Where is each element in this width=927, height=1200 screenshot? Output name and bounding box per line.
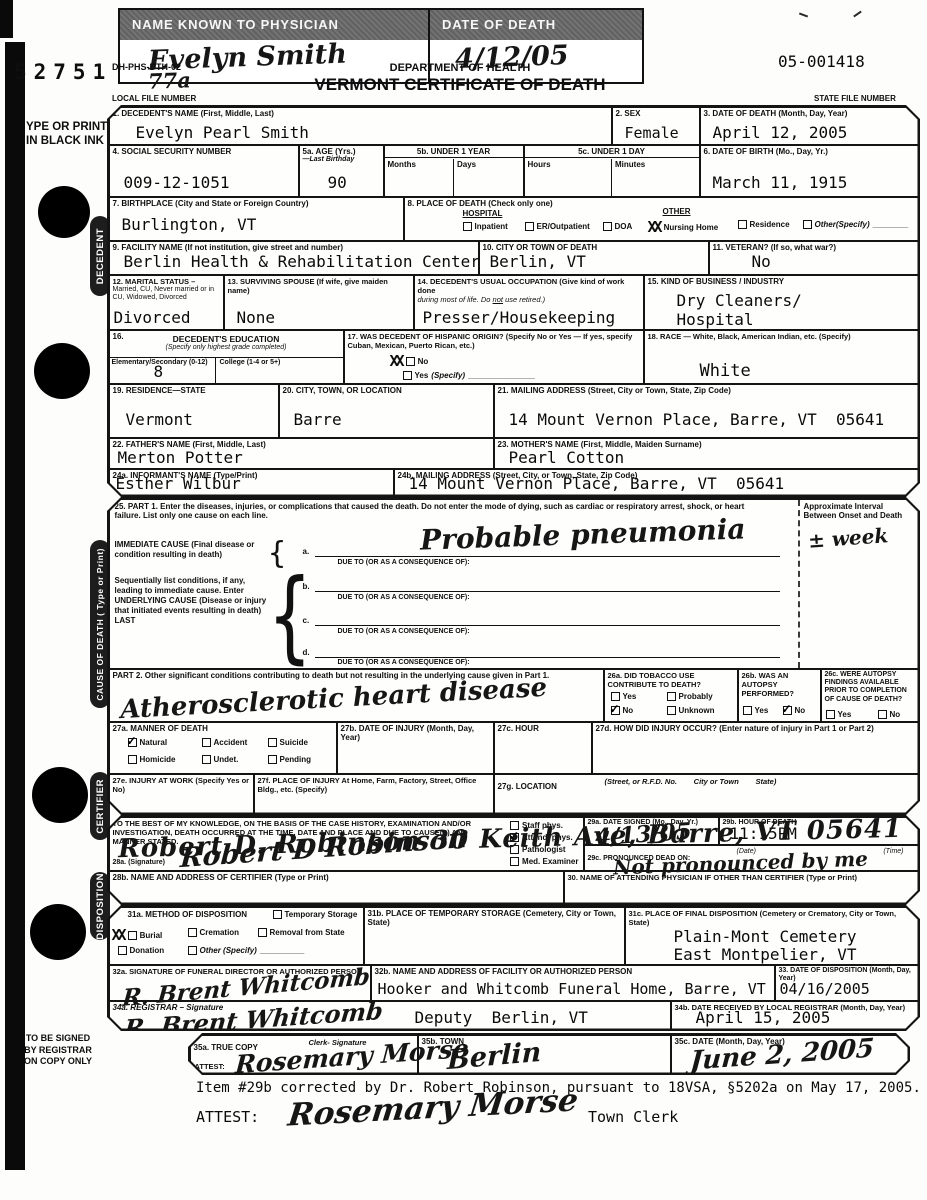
xx-mark: XX <box>648 220 660 235</box>
to-be-signed-note: TO BE SIGNED BY REGISTRAR ON COPY ONLY <box>14 1033 102 1068</box>
registrar-title-value: Deputy Berlin, VT <box>415 1008 588 1027</box>
department-name: DEPARTMENT OF HEALTH <box>255 62 665 74</box>
surviving-spouse-value: None <box>237 308 276 327</box>
field-city-of-death: 10. CITY OR TOWN OF DEATH Berlin, VT <box>478 242 708 274</box>
checkbox-checked-icon <box>611 706 620 715</box>
state-file-number-label: STATE FILE NUMBER <box>814 94 896 104</box>
checkbox-icon <box>878 710 887 719</box>
field-autopsy-findings: 26c. WERE AUTOPSY FINDINGS AVAILABLE PRI… <box>820 670 918 721</box>
field-surviving-spouse: 13. SURVIVING SPOUSE (If wife, give maid… <box>223 276 413 329</box>
field-business-industry: 15. KIND OF BUSINESS / INDUSTRY Dry Clea… <box>643 276 918 329</box>
field-certifier-name-address: 28b. NAME AND ADDRESS OF CERTIFIER (Type… <box>110 872 563 903</box>
checkbox-icon <box>525 222 534 231</box>
pen-mark <box>853 11 862 18</box>
informant-address-value: 14 Mount Vernon Place, Barre, VT 05641 <box>409 474 785 493</box>
checkbox-er-outpatient: ER/Outpatient <box>525 222 590 231</box>
batch-number: 52751 <box>14 60 112 84</box>
field-place-of-injury: 27f. PLACE OF INJURY At Home, Farm, Fact… <box>253 775 493 813</box>
field-injury-at-work: 27e. INJURY AT WORK (Specify Yes or No) <box>110 775 253 813</box>
field-sex: 2. SEX Female <box>611 108 699 144</box>
section-certifier: TO THE BEST OF MY KNOWLEDGE, ON THE BASI… <box>107 815 920 905</box>
checkbox-icon <box>128 931 137 940</box>
other-group-label: OTHER <box>663 207 691 216</box>
checkbox-icon <box>202 738 211 747</box>
field-autopsy-performed: 26b. WAS AN AUTOPSY PERFORMED? Yes No <box>737 670 820 721</box>
checkbox-tobacco-probably: Probably <box>667 692 713 701</box>
birthplace-value: Burlington, VT <box>122 215 257 234</box>
field-facility-name: 9. FACILITY NAME (If not institution, gi… <box>110 242 478 274</box>
part1-block: 25. PART 1. Enter the diseases, injuries… <box>110 500 918 668</box>
checkbox-donation: Donation <box>118 946 165 955</box>
date-of-death-value: April 12, 2005 <box>713 123 848 142</box>
checkbox-checked-icon <box>783 706 792 715</box>
cause-line-a <box>315 556 780 557</box>
line-b-prefix: b. <box>303 582 310 592</box>
facility-name-value: Berlin Health & Rehabilitation Center <box>124 252 480 271</box>
date-of-disposition-value: 04/16/2005 <box>780 980 870 998</box>
immediate-cause-label: IMMEDIATE CAUSE (Final disease or condit… <box>115 540 267 560</box>
field-under-1-day: 5c. UNDER 1 DAY Hours Minutes <box>523 146 699 196</box>
field-mother-name: 23. MOTHER'S NAME (First, Middle, Maiden… <box>493 439 918 468</box>
field-marital-status: 12. MARITAL STATUS – Married, CU, Never … <box>110 276 223 329</box>
checkbox-doa: DOA <box>603 222 633 231</box>
section-decedent: 1. DECEDENT'S NAME (First, Middle, Last)… <box>107 105 920 497</box>
checkbox-findings-no: No <box>878 710 901 719</box>
facility-address-value: Hooker and Whitcomb Funeral Home, Barre,… <box>378 980 766 998</box>
checkbox-nursing-home: XXNursing Home <box>648 220 719 235</box>
final-disposition-line1: Plain-Mont Cemetery <box>674 927 857 946</box>
hole-punch <box>32 767 88 823</box>
footer-attest-title: Town Clerk <box>588 1108 678 1126</box>
pen-mark <box>799 13 808 18</box>
field-final-disposition-place: 31c. PLACE OF FINAL DISPOSITION (Cemeter… <box>624 908 918 964</box>
checkbox-icon <box>463 222 472 231</box>
field-tobacco-use: 26a. DID TOBACCO USE CONTRIBUTE TO DEATH… <box>603 670 737 721</box>
checkbox-icon <box>803 220 812 229</box>
checkbox-other-specify: Other(Specify)________ <box>803 220 909 229</box>
checkbox-icon <box>118 946 127 955</box>
checkbox-suicide: Suicide <box>268 738 308 747</box>
line-a-prefix: a. <box>303 547 310 557</box>
scan-edge-strip <box>5 42 25 1170</box>
field-how-injury-occurred: 27d. HOW DID INJURY OCCUR? (Enter nature… <box>591 723 918 773</box>
field-veteran: 11. VETERAN? (If so, what war?) No <box>708 242 918 274</box>
residence-city-value: Barre <box>294 410 342 429</box>
field-date-of-injury: 27b. DATE OF INJURY (Month, Day, Year) <box>336 723 493 773</box>
checkbox-checked-icon <box>128 738 137 747</box>
checkbox-hispanic-no: XXNo <box>390 354 429 369</box>
field-hour-of-injury: 27c. HOUR <box>493 723 591 773</box>
checkbox-icon <box>202 755 211 764</box>
checkbox-icon <box>667 706 676 715</box>
checkbox-cremation: Cremation <box>188 928 240 937</box>
date-received-value: April 15, 2005 <box>696 1008 831 1027</box>
checkbox-tobacco-yes: Yes <box>611 692 637 701</box>
checkbox-icon <box>268 738 277 747</box>
cause-line-b <box>315 591 780 592</box>
days-subcell: Days <box>453 159 523 196</box>
hole-punch <box>34 343 90 399</box>
occupation-value: Presser/Housekeeping <box>423 308 616 327</box>
checkbox-autopsy-no: No <box>783 706 806 715</box>
final-disposition-line2: East Montpelier, VT <box>674 945 857 964</box>
checkbox-tobacco-no: No <box>611 706 634 715</box>
field-father-name: 22. FATHER'S NAME (First, Middle, Last) … <box>110 439 493 468</box>
checkbox-icon <box>611 692 620 701</box>
field-under-1-year: 5b. UNDER 1 YEAR Months Days <box>383 146 523 196</box>
field-informant-name: 24a. INFORMANT'S NAME (Type/Print) Esthe… <box>110 470 393 495</box>
field-age: 5a. AGE (Yrs.) —Last Birthday 90 <box>298 146 383 196</box>
checkbox-icon <box>406 357 415 366</box>
date-of-birth-value: March 11, 1915 <box>713 173 848 192</box>
local-file-number-label: LOCAL FILE NUMBER <box>112 94 196 104</box>
informant-name-value: Esther Wilbur <box>116 474 241 493</box>
checkbox-tobacco-unknown: Unknown <box>667 706 715 715</box>
checkbox-icon <box>273 910 282 919</box>
checkbox-icon <box>268 755 277 764</box>
checkbox-disposition-other: Other (Specify)__________ <box>188 946 305 955</box>
state-file-number-value: 05-001418 <box>778 52 865 71</box>
checkbox-icon <box>403 371 412 380</box>
field-injury-location: 27g. LOCATION (Street, or R.F.D. No. Cit… <box>493 775 918 813</box>
hole-punch <box>38 186 90 238</box>
field-registrar-signature: 34a. REGISTRAR – Signature R. Brent Whit… <box>110 1002 670 1029</box>
checkbox-icon <box>128 755 137 764</box>
checkbox-med-examiner: Med. Examiner <box>510 857 578 866</box>
field-mailing-address: 21. MAILING ADDRESS (Street, City or Tow… <box>493 385 918 437</box>
checkbox-natural: Natural <box>128 738 168 747</box>
stamp-name-label: NAME KNOWN TO PHYSICIAN <box>120 10 428 40</box>
interval-column: Approximate Interval Between Onset and D… <box>798 500 918 668</box>
field-date-of-disposition: 33. DATE OF DISPOSITION (Month, Day, Yea… <box>774 966 918 1000</box>
cause-line-c <box>315 625 780 626</box>
field-date-received: 34b. DATE RECEIVED BY LOCAL REGISTRAR (M… <box>670 1002 918 1029</box>
field-residence-city: 20. CITY, TOWN, OR LOCATION Barre <box>278 385 493 437</box>
months-subcell: Months <box>385 159 454 196</box>
field-birthplace: 7. BIRTHPLACE (City and State or Foreign… <box>110 198 403 240</box>
field-date-of-birth: 6. DATE OF BIRTH (Mo., Day, Yr.) March 1… <box>699 146 918 196</box>
field-education: 16. DECEDENT'S EDUCATION (Specify only h… <box>110 331 343 383</box>
minutes-subcell: Minutes <box>611 159 699 196</box>
checkbox-icon <box>667 692 676 701</box>
stamp-header: NAME KNOWN TO PHYSICIAN DATE OF DEATH <box>120 10 642 40</box>
field-method-of-disposition: 31a. METHOD OF DISPOSITION Temporary Sto… <box>110 908 363 964</box>
field-true-copy-date: 35c. DATE (Month, Day, Year) June 2, 200… <box>670 1036 908 1073</box>
checkbox-inpatient: Inpatient <box>463 222 508 231</box>
elementary-secondary-subcell: Elementary/Secondary (0-12) 8 <box>110 358 216 383</box>
hospital-group-label: HOSPITAL <box>463 209 503 218</box>
checkbox-icon <box>258 928 267 937</box>
field-residence-state: 19. RESIDENCE—STATE Vermont <box>110 385 278 437</box>
field-decedent-name: 1. DECEDENT'S NAME (First, Middle, Last)… <box>110 108 611 144</box>
section-disposition: 31a. METHOD OF DISPOSITION Temporary Sto… <box>107 905 920 1031</box>
field-temporary-storage-place: 31b. PLACE OF TEMPORARY STORAGE (Cemeter… <box>363 908 624 964</box>
field-manner-of-death: 27a. MANNER OF DEATH Natural Accident Su… <box>110 723 336 773</box>
line-d-prefix: d. <box>303 648 310 658</box>
field-hispanic-origin: 17. WAS DECEDENT OF HISPANIC ORIGIN? (Sp… <box>343 331 643 383</box>
handwritten-local-file-number: 77a <box>148 67 192 93</box>
handwritten-part2-condition: Atherosclerotic heart disease <box>119 672 547 724</box>
checkbox-findings-yes: Yes <box>826 710 852 719</box>
ssn-value: 009-12-1051 <box>124 173 230 192</box>
checkbox-icon <box>603 222 612 231</box>
checkbox-accident: Accident <box>202 738 248 747</box>
checkbox-icon <box>743 706 752 715</box>
father-name-value: Merton Potter <box>118 448 243 467</box>
field-informant-address: 24b. MAILING ADDRESS (Street, City, or T… <box>393 470 918 495</box>
education-grade-value: 8 <box>154 362 164 381</box>
checkbox-temporary-storage: Temporary Storage <box>273 910 358 919</box>
field-facility-name-address: 32b. NAME AND ADDRESS OF FACILITY OR AUT… <box>370 966 774 1000</box>
checkbox-icon <box>510 857 519 866</box>
marital-status-value: Divorced <box>114 308 191 327</box>
mailing-address-value: 14 Mount Vernon Place, Barre, VT 05641 <box>509 410 885 429</box>
field-true-copy: 35a. TRUE COPY Clerk- Signature ATTEST: … <box>191 1036 417 1073</box>
checkbox-pending: Pending <box>268 755 312 764</box>
field-funeral-director-signature: 32a. SIGNATURE OF FUNERAL DIRECTOR OR AU… <box>110 966 370 1000</box>
section-true-copy: 35a. TRUE COPY Clerk- Signature ATTEST: … <box>188 1033 910 1075</box>
checkbox-removal: Removal from State <box>258 928 345 937</box>
type-or-print-note: YPE OR PRINT IN BLACK INK <box>26 120 107 149</box>
checkbox-residence: Residence <box>738 220 790 229</box>
city-of-death-value: Berlin, VT <box>490 252 586 271</box>
race-value: White <box>700 361 751 381</box>
checkbox-icon <box>738 220 747 229</box>
field-ssn: 4. SOCIAL SECURITY NUMBER 009-12-1051 <box>110 146 298 196</box>
stamp-date-label: DATE OF DEATH <box>428 10 642 40</box>
field-usual-occupation: 14. DECEDENT'S USUAL OCCUPATION (Give ki… <box>413 276 643 329</box>
decedent-name-value: Evelyn Pearl Smith <box>136 123 309 142</box>
field-attending-physician: 30. NAME OF ATTENDING PHYSICIAN IF OTHER… <box>563 872 918 903</box>
veteran-value: No <box>752 252 771 271</box>
footer-attest-label: ATTEST: <box>196 1108 259 1126</box>
part2-field: PART 2. Other significant conditions con… <box>110 670 603 721</box>
line-c-prefix: c. <box>303 616 310 626</box>
checkbox-icon <box>188 946 197 955</box>
hole-punch <box>30 904 86 960</box>
field-place-of-death: 8. PLACE OF DEATH (Check only one) HOSPI… <box>403 198 918 240</box>
residence-state-value: Vermont <box>126 410 193 429</box>
scan-corner-artifact <box>0 0 13 38</box>
field-race: 18. RACE — White, Black, American Indian… <box>643 331 918 383</box>
handwritten-interval: ± week <box>807 523 889 553</box>
checkbox-undetermined: Undet. <box>202 755 239 764</box>
section-cause-of-death: 25. PART 1. Enter the diseases, injuries… <box>107 497 920 815</box>
checkbox-icon <box>188 928 197 937</box>
checkbox-icon <box>826 710 835 719</box>
checkbox-homicide: Homicide <box>128 755 176 764</box>
death-certificate-scan: NAME KNOWN TO PHYSICIAN DATE OF DEATH Ev… <box>0 0 927 1200</box>
business-value-line1: Dry Cleaners/ <box>677 291 802 310</box>
age-value: 90 <box>328 173 347 192</box>
business-value-line2: Hospital <box>677 310 754 329</box>
checkbox-hispanic-yes: Yes(Specify)_______________ <box>403 371 535 380</box>
field-true-copy-town: 35b. TOWN Berlin <box>417 1036 670 1073</box>
checkbox-burial: XXBurial <box>112 928 163 943</box>
certificate-title: VERMONT CERTIFICATE OF DEATH <box>255 75 665 95</box>
sequential-note: Sequentially list conditions, if any, le… <box>115 576 273 626</box>
checkbox-autopsy-yes: Yes <box>743 706 769 715</box>
college-subcell: College (1-4 or 5+) <box>216 358 343 383</box>
field-date-of-death: 3. DATE OF DEATH (Month, Day, Year) Apri… <box>699 108 918 144</box>
cause-line-d <box>315 657 780 658</box>
sex-value: Female <box>625 124 679 142</box>
hours-subcell: Hours <box>525 159 612 196</box>
mother-name-value: Pearl Cotton <box>509 448 625 467</box>
